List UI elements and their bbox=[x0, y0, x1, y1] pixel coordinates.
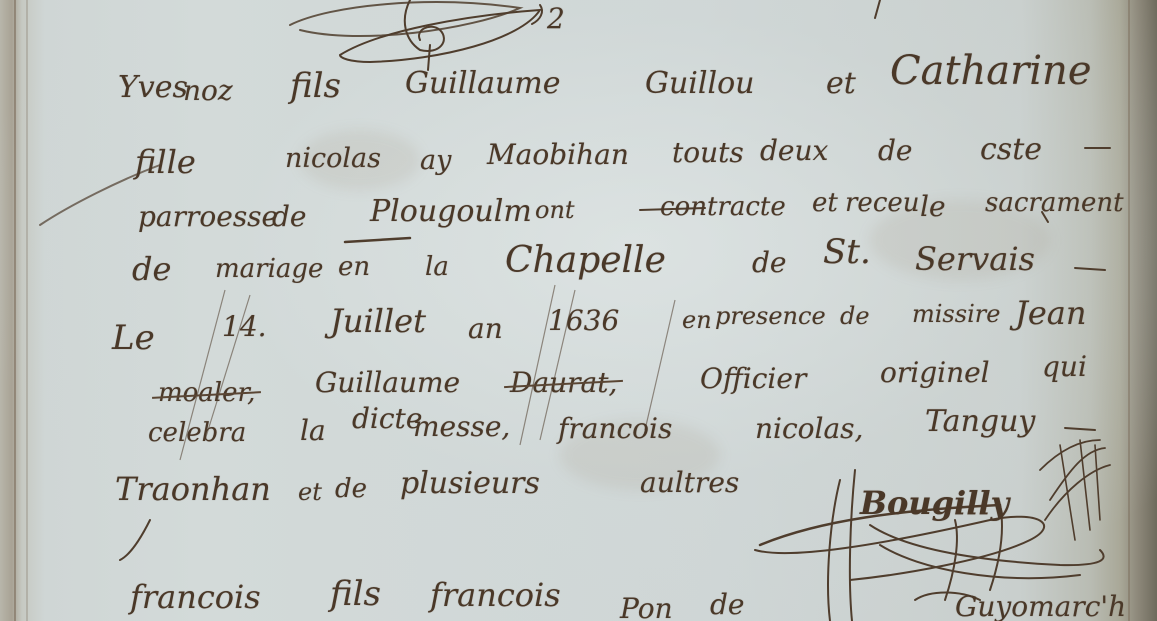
word-struck: Daurat, bbox=[510, 366, 617, 399]
word: Yves bbox=[118, 70, 188, 105]
word: receu bbox=[845, 188, 920, 218]
date-day: 14. bbox=[222, 310, 267, 343]
page-edge-right bbox=[1128, 0, 1130, 621]
word: Guillaume bbox=[315, 366, 460, 399]
word: Traonhan bbox=[115, 470, 271, 508]
word: fils bbox=[330, 574, 381, 614]
word: Maobihan bbox=[487, 138, 629, 171]
word: fille bbox=[135, 143, 196, 181]
word: francois bbox=[558, 412, 672, 445]
signature-bougilly: Bougilly bbox=[860, 484, 1009, 522]
word: contracte bbox=[660, 192, 786, 222]
word: aultres bbox=[640, 466, 739, 499]
word: francois bbox=[430, 576, 561, 614]
word: St. bbox=[823, 232, 871, 272]
word: ont bbox=[535, 196, 575, 224]
word: de bbox=[752, 246, 787, 279]
word: en bbox=[682, 306, 712, 334]
binding-gutter-left bbox=[14, 0, 16, 621]
word: le bbox=[920, 190, 946, 223]
word: ay bbox=[420, 145, 451, 176]
word: et bbox=[812, 188, 838, 218]
word: an bbox=[468, 312, 503, 345]
word: originel bbox=[880, 356, 990, 389]
word: Guillou bbox=[645, 66, 754, 101]
word: et bbox=[298, 478, 322, 506]
word: Plougoulm bbox=[370, 194, 532, 229]
word: nicolas bbox=[285, 143, 381, 174]
word: Tanguy bbox=[925, 404, 1035, 439]
word: de bbox=[272, 200, 307, 233]
word: Servais bbox=[915, 240, 1035, 278]
word: parroesse bbox=[138, 200, 278, 233]
binding-gutter-left-inner bbox=[26, 0, 28, 621]
word: cste bbox=[980, 132, 1042, 167]
word: Jean bbox=[1015, 294, 1086, 332]
word: la bbox=[425, 252, 449, 282]
word: Guyomarc'h bbox=[955, 590, 1126, 621]
manuscript-page: 2 Yves noz fils Guillaume Guillou et Cat… bbox=[0, 0, 1157, 621]
word: sacrament bbox=[985, 188, 1124, 218]
word: messe, bbox=[413, 410, 510, 443]
word: Chapelle bbox=[505, 240, 666, 281]
word: mariage bbox=[215, 254, 323, 284]
word: noz bbox=[183, 74, 233, 107]
date-month: Juillet bbox=[330, 302, 426, 340]
word: et bbox=[826, 66, 856, 101]
word-struck: moaler, bbox=[158, 378, 255, 408]
word: de bbox=[132, 250, 171, 288]
word: missire bbox=[912, 300, 1000, 328]
word: dicte bbox=[352, 402, 422, 435]
word: en bbox=[338, 252, 370, 282]
word: deux bbox=[760, 134, 828, 167]
word: de bbox=[878, 134, 913, 167]
word: nicolas, bbox=[755, 412, 863, 445]
word: de bbox=[840, 302, 870, 330]
page-marker: 2 bbox=[547, 2, 565, 35]
word: de bbox=[710, 588, 745, 621]
date-year: 1636 bbox=[548, 304, 619, 337]
word: de bbox=[335, 474, 367, 504]
word: celebra bbox=[148, 418, 246, 448]
word: presence bbox=[715, 302, 826, 330]
word: la bbox=[300, 414, 326, 447]
word: francois bbox=[130, 578, 261, 616]
word: fils bbox=[290, 66, 341, 106]
word: Officier bbox=[700, 362, 806, 395]
word: qui bbox=[1042, 350, 1087, 383]
word: plusieurs bbox=[400, 466, 540, 501]
word-catharine: Catharine bbox=[890, 48, 1091, 94]
word: Pon bbox=[620, 592, 673, 621]
word: touts bbox=[672, 136, 744, 169]
word: Guillaume bbox=[405, 66, 560, 101]
word: Le bbox=[112, 318, 155, 358]
